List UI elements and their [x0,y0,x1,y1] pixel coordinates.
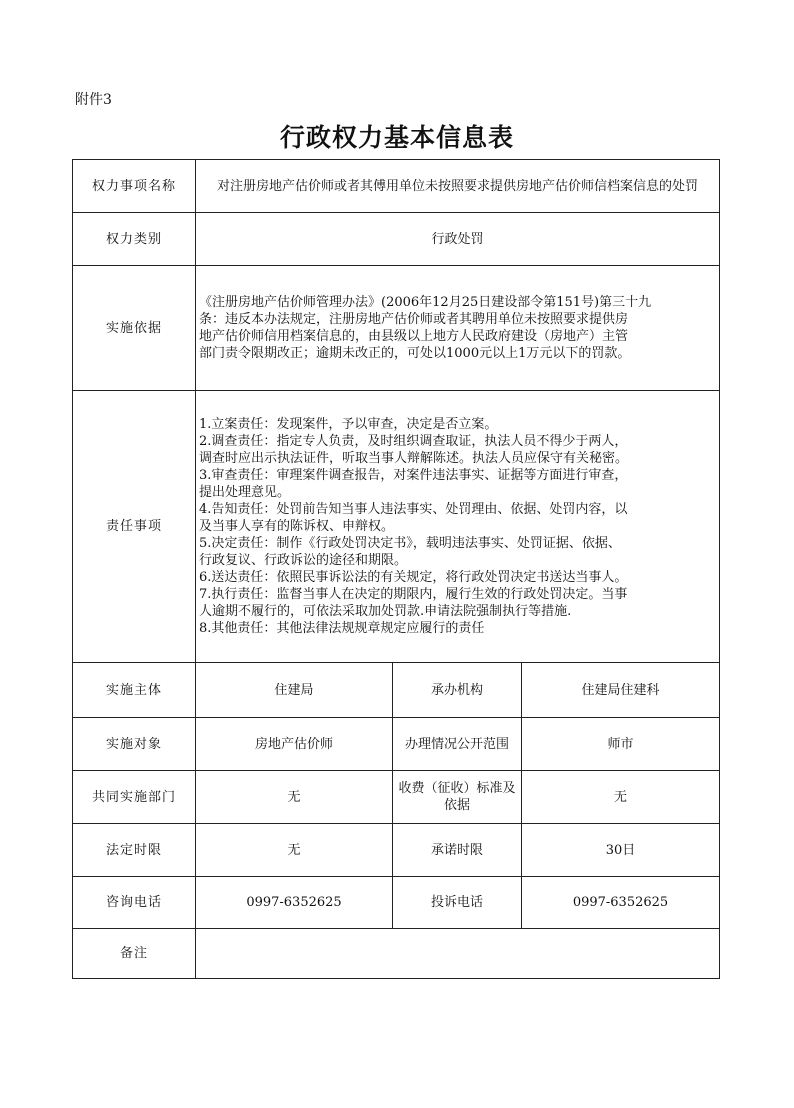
target-value: 房地产估价师 [196,718,393,771]
power-type-label: 权力类别 [73,213,196,266]
power-name-label: 权力事项名称 [73,160,196,213]
target-label: 实施对象 [73,718,196,771]
table-row-joint-dept: 共同实施部门 无 收费（征收）标准及依据 无 [73,771,720,824]
responsibilities-value: 1.立案责任：发现案件，予以审查，决定是否立案。 2.调查责任：指定专人负责，及… [196,391,720,663]
table-row-implementer: 实施主体 住建局 承办机构 住建局住建科 [73,663,720,718]
implementer-value: 住建局 [196,663,393,718]
fee-standard-value: 无 [522,771,720,824]
table-row-target: 实施对象 房地产估价师 办理情况公开范围 师市 [73,718,720,771]
promised-time-limit-label: 承诺时限 [393,824,522,877]
legal-time-limit-value: 无 [196,824,393,877]
remarks-value [196,929,720,979]
power-type-value: 行政处罚 [196,213,720,266]
info-table: 权力事项名称 对注册房地产估价师或者其傅用单位未按照要求提供房地产估价师信档案信… [72,159,720,979]
power-name-value: 对注册房地产估价师或者其傅用单位未按照要求提供房地产估价师信档案信息的处罚 [196,160,720,213]
table-row-time-limit: 法定时限 无 承诺时限 30日 [73,824,720,877]
basis-value: 《注册房地产估价师管理办法》(2006年12月25日建设部令第151号)第三十九… [196,266,720,391]
responsibilities-label: 责任事项 [73,391,196,663]
joint-dept-label: 共同实施部门 [73,771,196,824]
promised-time-limit-value: 30日 [522,824,720,877]
consult-phone-value: 0997-6352625 [196,877,393,929]
fee-standard-label: 收费（征收）标准及依据 [393,771,522,824]
joint-dept-value: 无 [196,771,393,824]
attachment-label: 附件3 [75,89,112,109]
complaint-phone-label: 投诉电话 [393,877,522,929]
remarks-label: 备注 [73,929,196,979]
disclosure-scope-label: 办理情况公开范围 [393,718,522,771]
table-row-basis: 实施依据 《注册房地产估价师管理办法》(2006年12月25日建设部令第151号… [73,266,720,391]
handling-org-label: 承办机构 [393,663,522,718]
table-row-power-name: 权力事项名称 对注册房地产估价师或者其傅用单位未按照要求提供房地产估价师信档案信… [73,160,720,213]
complaint-phone-value: 0997-6352625 [522,877,720,929]
page-title: 行政权力基本信息表 [0,118,794,154]
legal-time-limit-label: 法定时限 [73,824,196,877]
table-row-responsibilities: 责任事项 1.立案责任：发现案件，予以审查，决定是否立案。 2.调查责任：指定专… [73,391,720,663]
implementer-label: 实施主体 [73,663,196,718]
consult-phone-label: 咨询电话 [73,877,196,929]
basis-label: 实施依据 [73,266,196,391]
disclosure-scope-value: 师市 [522,718,720,771]
table-row-phones: 咨询电话 0997-6352625 投诉电话 0997-6352625 [73,877,720,929]
handling-org-value: 住建局住建科 [522,663,720,718]
table-row-power-type: 权力类别 行政处罚 [73,213,720,266]
table-row-remarks: 备注 [73,929,720,979]
